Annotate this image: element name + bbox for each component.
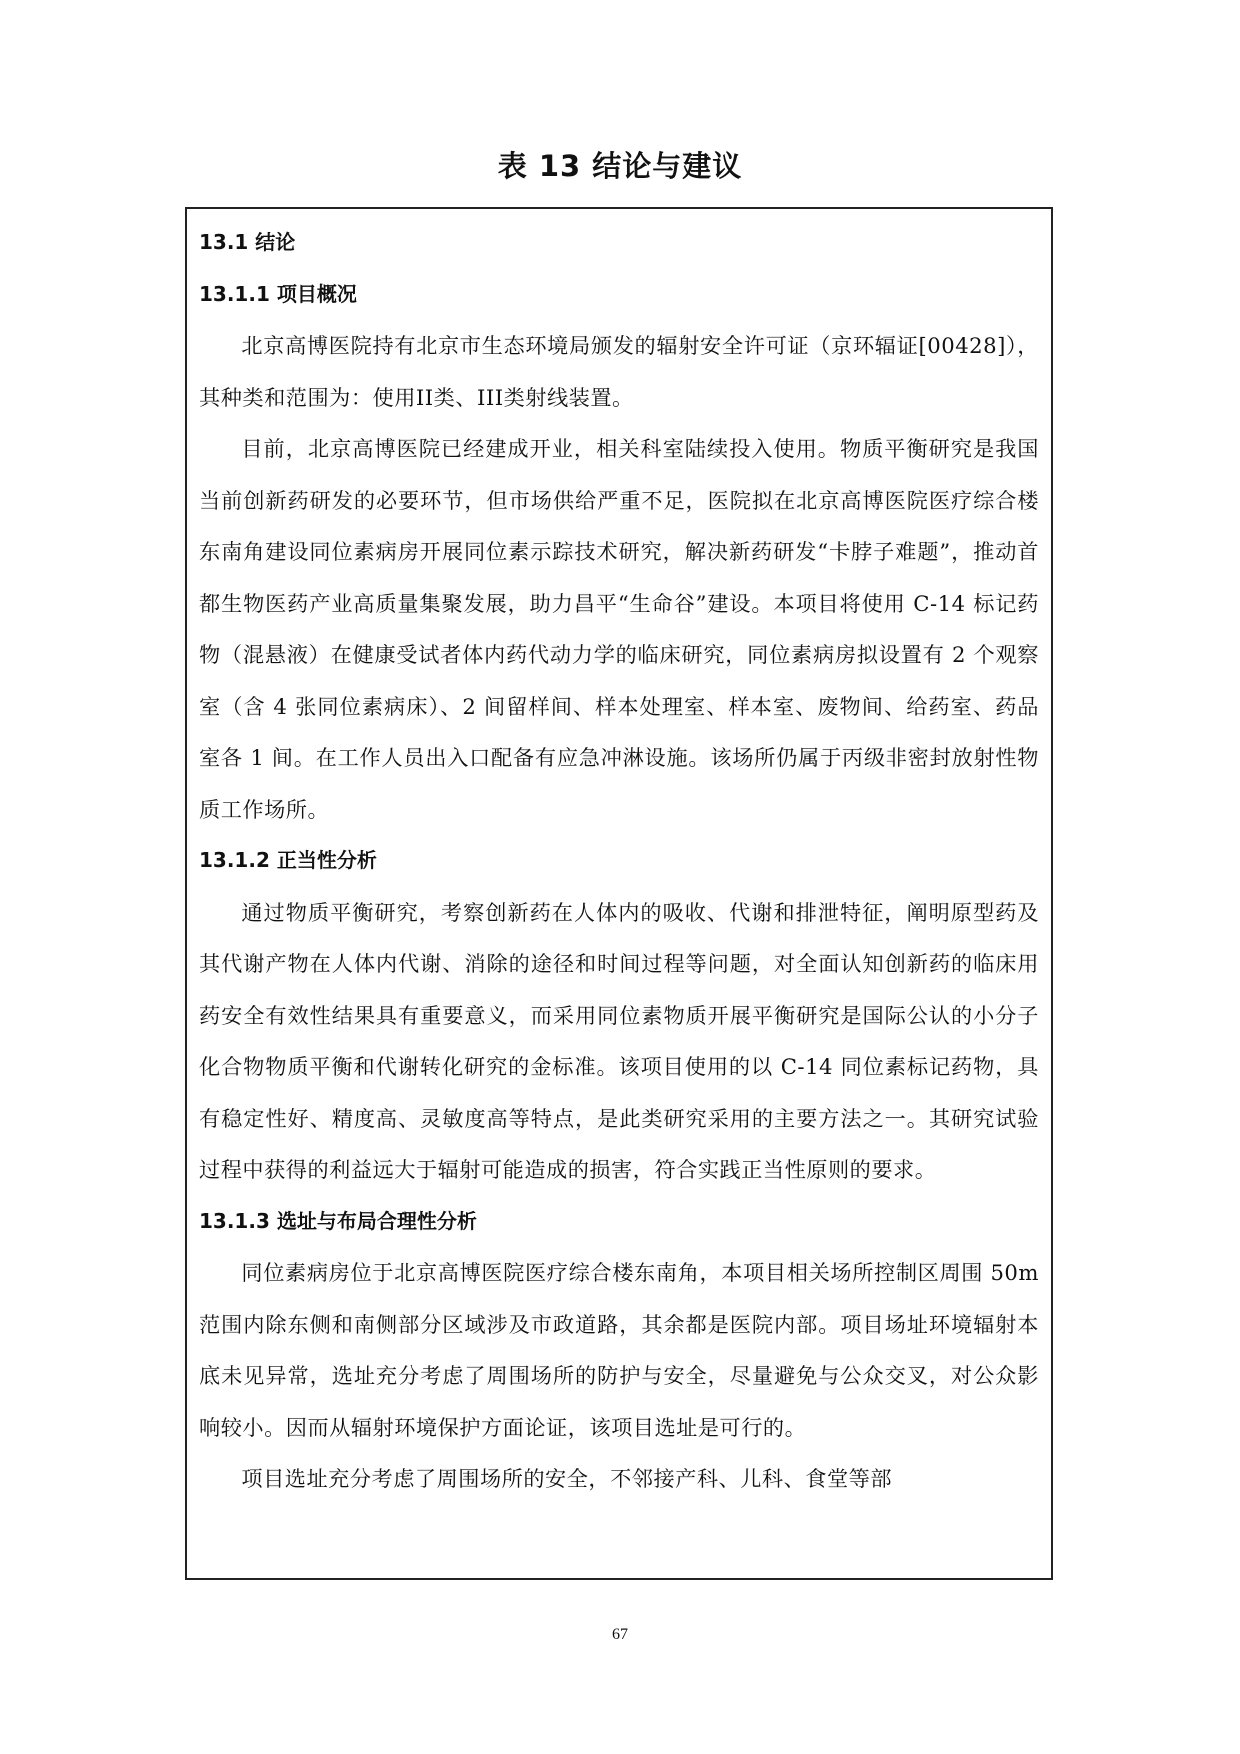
table-content: 13.1 结论 13.1.1 项目概况 北京高博医院持有北京市生态环境局颁发的辐… — [187, 209, 1051, 1505]
page-title: 表 13 结论与建议 — [0, 146, 1240, 186]
section-heading-13-1: 13.1 结论 — [199, 217, 1039, 269]
conclusion-table-frame: 13.1 结论 13.1.1 项目概况 北京高博医院持有北京市生态环境局颁发的辐… — [185, 207, 1053, 1580]
section-heading-13-1-3: 13.1.3 选址与布局合理性分析 — [199, 1196, 1039, 1248]
page-number: 67 — [0, 1626, 1240, 1644]
section-heading-13-1-2: 13.1.2 正当性分析 — [199, 835, 1039, 887]
paragraph-justification: 通过物质平衡研究，考察创新药在人体内的吸收、代谢和排泄特征，阐明原型药及其代谢产… — [199, 887, 1039, 1196]
section-heading-13-1-1: 13.1.1 项目概况 — [199, 269, 1039, 321]
paragraph-site-selection: 同位素病房位于北京高博医院医疗综合楼东南角，本项目相关场所控制区周围 50m 范… — [199, 1247, 1039, 1453]
paragraph-site-safety: 项目选址充分考虑了周围场所的安全，不邻接产科、儿科、食堂等部 — [199, 1453, 1039, 1505]
paragraph-project-overview: 目前，北京高博医院已经建成开业，相关科室陆续投入使用。物质平衡研究是我国当前创新… — [199, 423, 1039, 835]
paragraph-license: 北京高博医院持有北京市生态环境局颁发的辐射安全许可证（京环辐证[00428]），… — [199, 320, 1039, 423]
